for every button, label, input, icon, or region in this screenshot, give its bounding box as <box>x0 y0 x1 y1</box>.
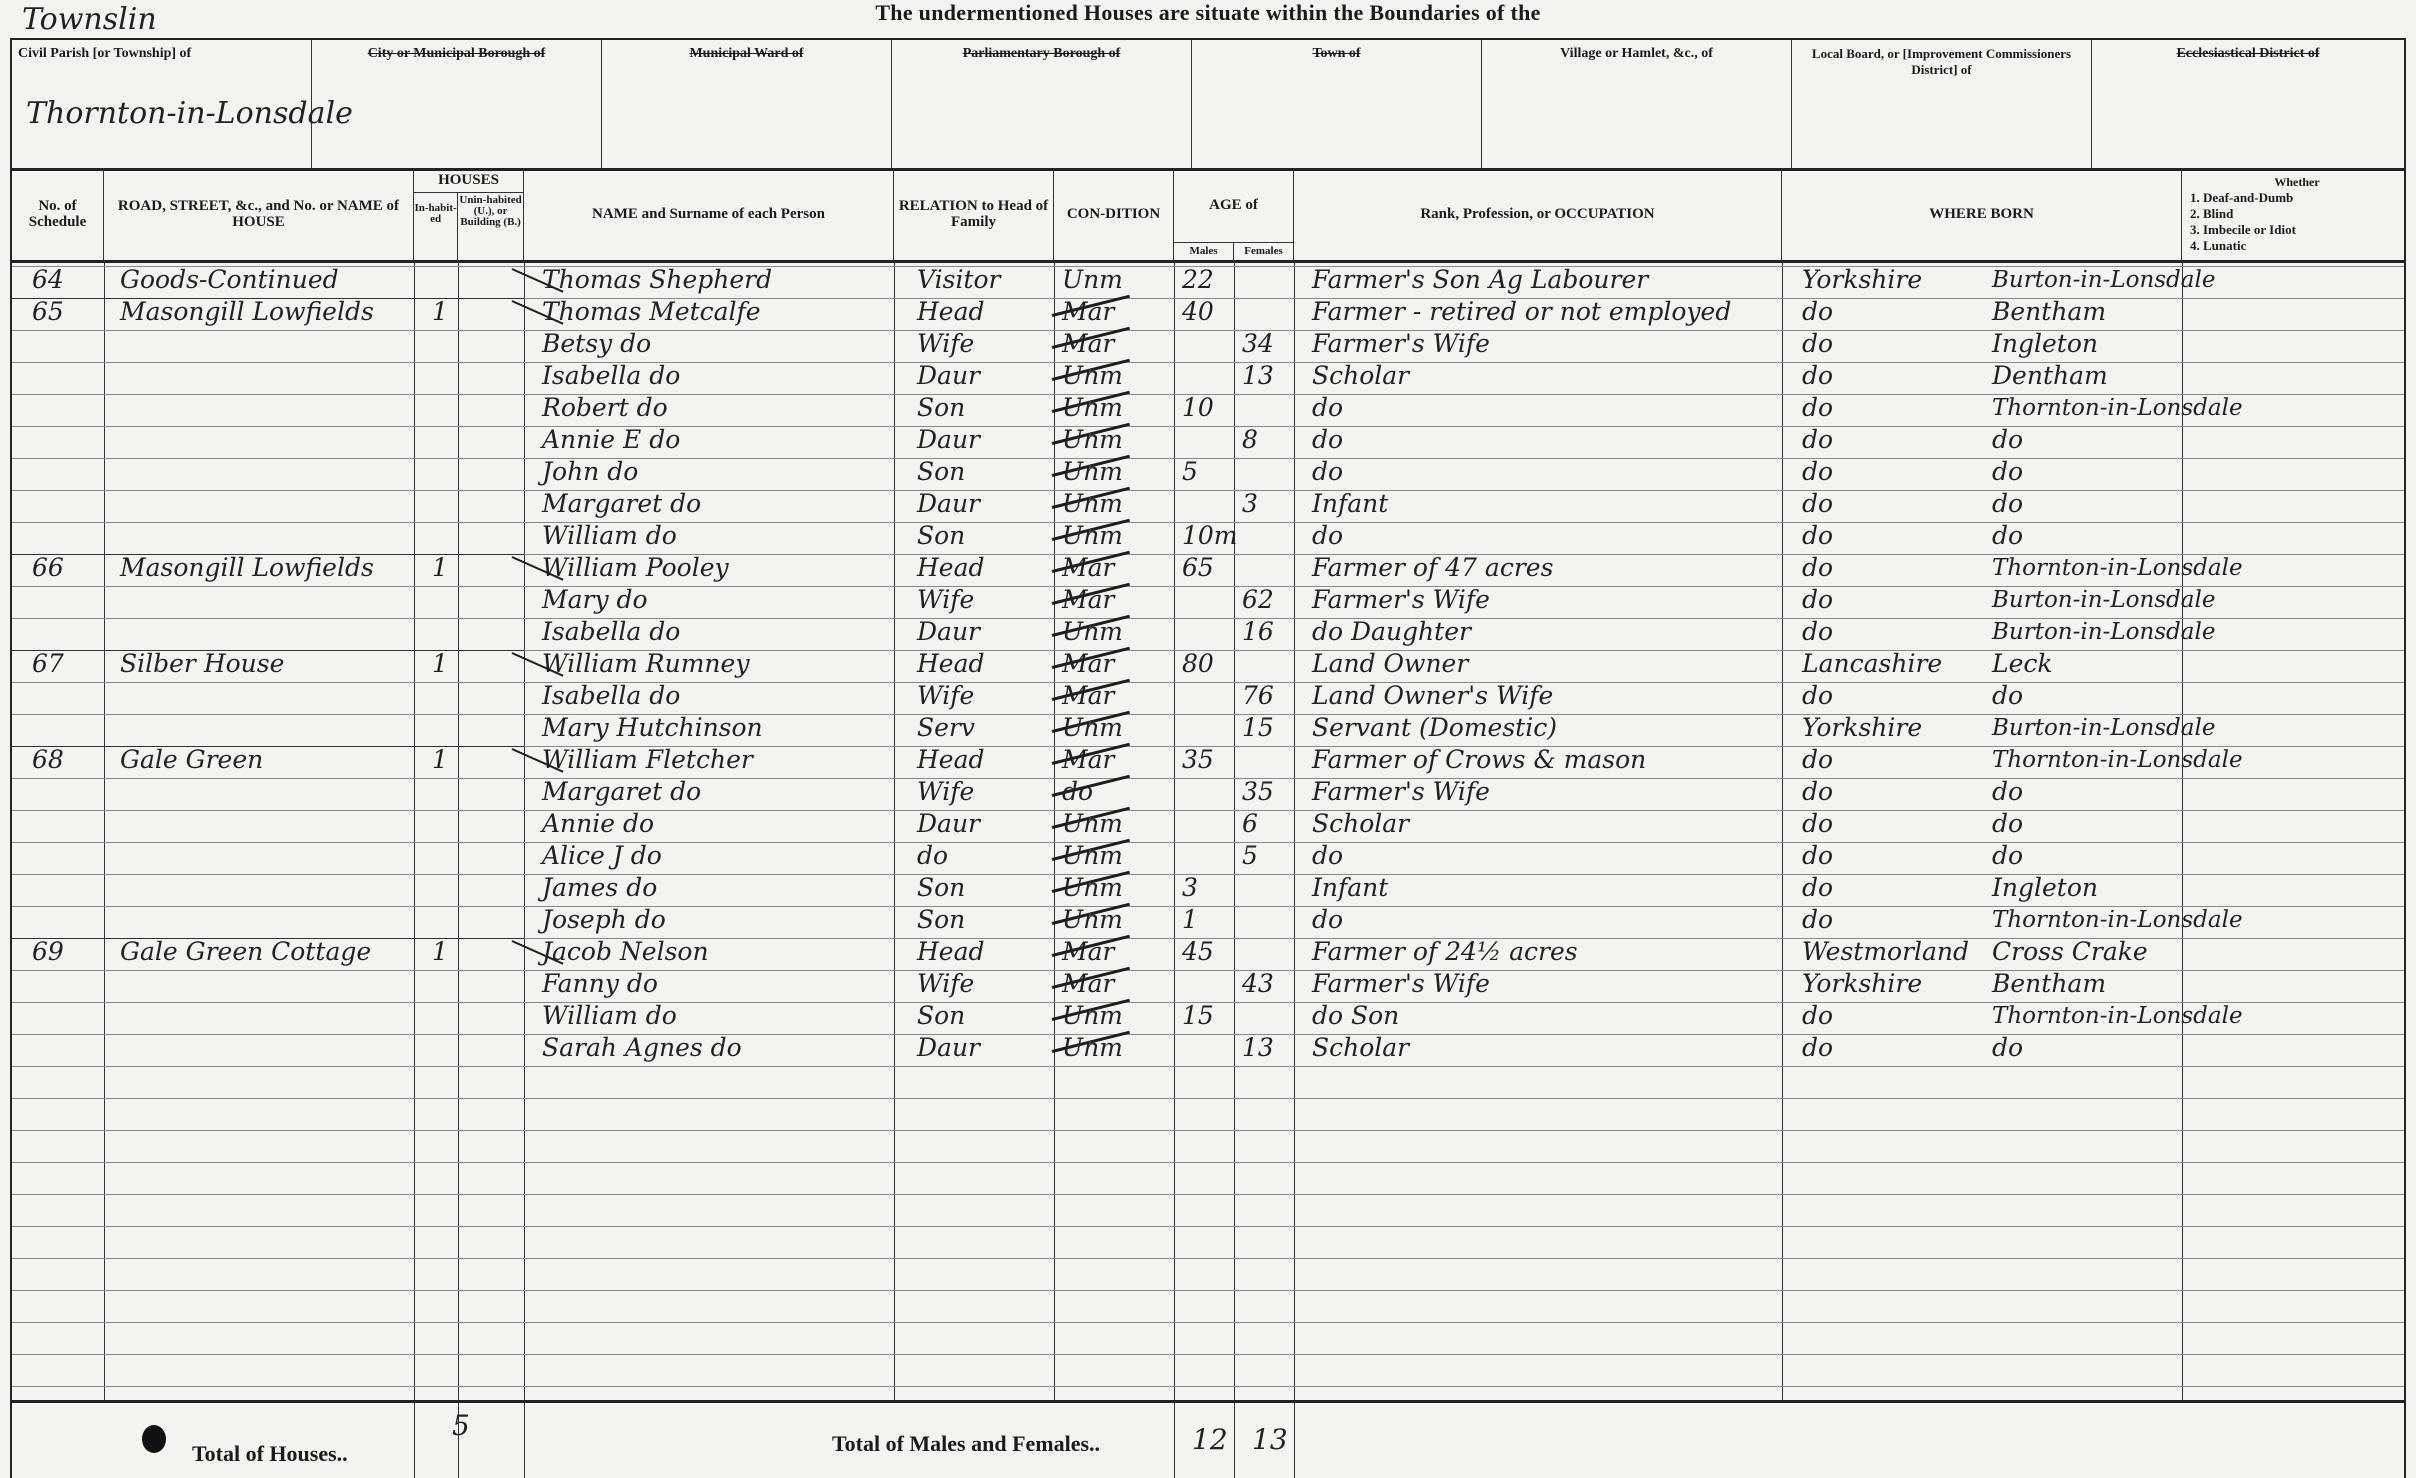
person-name: William Pooley <box>542 552 729 584</box>
female-age: 35 <box>1242 776 1274 808</box>
born-place: Burton-in-Lonsdale <box>1992 616 2215 648</box>
occupation: do Son <box>1312 1000 1399 1032</box>
row-rule <box>12 1386 2404 1387</box>
person-name: Fanny do <box>542 968 658 1000</box>
house-name: Masongill Lowfields <box>120 552 374 584</box>
person-name: Annie E do <box>542 424 680 456</box>
person-name: Thomas Shepherd <box>542 264 772 296</box>
person-name: William Rumney <box>542 648 749 680</box>
born-place: do <box>1992 680 2023 712</box>
person-name: Betsy do <box>542 328 651 360</box>
person-name: Robert do <box>542 392 668 424</box>
inhabited-count: 1 <box>432 648 448 680</box>
born-place: do <box>1992 520 2023 552</box>
person-name: Joseph do <box>542 904 666 936</box>
female-age: 3 <box>1242 488 1258 520</box>
relation: Head <box>917 552 985 584</box>
female-age: 5 <box>1242 840 1258 872</box>
person-name: James do <box>542 872 657 904</box>
born-place: do <box>1992 776 2023 808</box>
header-disability: Whether 1. Deaf-and-Dumb 2. Blind 3. Imb… <box>2182 168 2404 260</box>
person-name: Isabella do <box>542 616 680 648</box>
male-age: 15 <box>1182 1000 1214 1032</box>
boundary-ecclesiastical: Ecclesiastical District of <box>2092 40 2404 168</box>
schedule-number: 68 <box>32 744 64 776</box>
relation: Wife <box>917 584 974 616</box>
condition: Unm <box>1062 264 1123 296</box>
relation: Son <box>917 1000 965 1032</box>
born-place: do <box>1992 424 2023 456</box>
boundary-parliamentary-borough: Parliamentary Borough of <box>892 40 1192 168</box>
person-name: Thomas Metcalfe <box>542 296 761 328</box>
header-relation: RELATION to Head of Family <box>894 168 1054 260</box>
male-age: 80 <box>1182 648 1214 680</box>
header-condition: CON-DITION <box>1054 168 1174 260</box>
table-row: Sarah Agnes doDaurUnm13Scholardodo <box>12 1032 2404 1064</box>
born-county: do <box>1802 808 1833 840</box>
inhabited-count: 1 <box>432 296 448 328</box>
occupation: Farmer of 24½ acres <box>1312 936 1578 968</box>
born-county: do <box>1802 456 1833 488</box>
born-county: do <box>1802 872 1833 904</box>
relation: Son <box>917 872 965 904</box>
person-name: Mary Hutchinson <box>542 712 763 744</box>
male-age: 10 <box>1182 392 1214 424</box>
table-row: William doSonUnm10mdododo <box>12 520 2404 552</box>
male-age: 1 <box>1182 904 1198 936</box>
born-county: do <box>1802 584 1833 616</box>
relation: Head <box>917 296 985 328</box>
female-age: 43 <box>1242 968 1274 1000</box>
occupation: do <box>1312 456 1343 488</box>
occupation: do Daughter <box>1312 616 1471 648</box>
female-age: 76 <box>1242 680 1274 712</box>
born-county: do <box>1802 488 1833 520</box>
row-rule <box>12 1226 2404 1227</box>
born-place: Cross Crake <box>1992 936 2148 968</box>
household-divider <box>12 298 524 299</box>
relation: Serv <box>917 712 975 744</box>
table-row: 66Masongill Lowfields1William PooleyHead… <box>12 552 2404 584</box>
female-age: 13 <box>1242 360 1274 392</box>
person-name: William do <box>542 1000 677 1032</box>
total-houses-label: Total of Houses.. <box>192 1441 348 1467</box>
schedule-number: 64 <box>32 264 64 296</box>
relation: Head <box>917 744 985 776</box>
born-place: Burton-in-Lonsdale <box>1992 264 2215 296</box>
table-row: 64Goods-ContinuedThomas ShepherdVisitorU… <box>12 264 2404 296</box>
table-row: Annie E doDaurUnm8dododo <box>12 424 2404 456</box>
occupation: Farmer of Crows & mason <box>1312 744 1646 776</box>
row-rule <box>12 1098 2404 1099</box>
born-place: Thornton-in-Lonsdale <box>1992 744 2243 776</box>
schedule-number: 67 <box>32 648 64 680</box>
header-name: NAME and Surname of each Person <box>524 168 894 260</box>
inhabited-count: 1 <box>432 744 448 776</box>
header-males: Males <box>1174 243 1234 260</box>
born-place: do <box>1992 488 2023 520</box>
table-row: William doSonUnm15do SondoThornton-in-Lo… <box>12 1000 2404 1032</box>
born-county: Yorkshire <box>1802 264 1922 296</box>
boundary-civil-parish: Civil Parish [or Township] of Thornton-i… <box>12 40 312 168</box>
table-row: 69Gale Green Cottage1Jacob NelsonHeadMar… <box>12 936 2404 968</box>
born-county: do <box>1802 392 1833 424</box>
born-county: do <box>1802 744 1833 776</box>
boundary-village: Village or Hamlet, &c., of <box>1482 40 1792 168</box>
occupation: Scholar <box>1312 808 1409 840</box>
born-county: Lancashire <box>1802 648 1942 680</box>
occupation: Servant (Domestic) <box>1312 712 1557 744</box>
male-age: 65 <box>1182 552 1214 584</box>
born-place: Thornton-in-Lonsdale <box>1992 904 2243 936</box>
person-name: Isabella do <box>542 360 680 392</box>
born-county: do <box>1802 776 1833 808</box>
column-headers: No. of Schedule ROAD, STREET, &c., and N… <box>10 168 2406 263</box>
totals-row: Total of Houses.. 5 Total of Males and F… <box>10 1400 2406 1478</box>
male-age: 5 <box>1182 456 1198 488</box>
boundary-municipal-borough: City or Municipal Borough of <box>312 40 602 168</box>
occupation: Infant <box>1312 488 1388 520</box>
house-name: Gale Green <box>120 744 263 776</box>
occupation: do <box>1312 840 1343 872</box>
row-rule <box>12 1322 2404 1323</box>
occupation: Scholar <box>1312 360 1409 392</box>
born-county: Westmorland <box>1802 936 1969 968</box>
born-county: do <box>1802 424 1833 456</box>
occupation: Land Owner's Wife <box>1312 680 1553 712</box>
header-inhabited: In-habit-ed <box>414 193 458 260</box>
house-name: Silber House <box>120 648 284 680</box>
person-name: William do <box>542 520 677 552</box>
occupation: Farmer's Wife <box>1312 776 1490 808</box>
relation: Wife <box>917 968 974 1000</box>
born-county: do <box>1802 904 1833 936</box>
born-place: Bentham <box>1992 968 2106 1000</box>
household-divider <box>12 746 524 747</box>
female-age: 13 <box>1242 1032 1274 1064</box>
house-name: Gale Green Cottage <box>120 936 371 968</box>
inhabited-count: 1 <box>432 552 448 584</box>
relation: Visitor <box>917 264 1000 296</box>
relation: Daur <box>917 1032 980 1064</box>
table-row: Joseph doSonUnm1dodoThornton-in-Lonsdale <box>12 904 2404 936</box>
relation: Wife <box>917 680 974 712</box>
relation: Head <box>917 936 985 968</box>
household-divider <box>12 650 524 651</box>
born-county: do <box>1802 552 1833 584</box>
total-males-value: 12 <box>1192 1423 1228 1456</box>
relation: do <box>917 840 948 872</box>
occupation: Scholar <box>1312 1032 1409 1064</box>
row-rule <box>12 1066 2404 1067</box>
male-age: 22 <box>1182 264 1214 296</box>
relation: Son <box>917 456 965 488</box>
relation: Daur <box>917 488 980 520</box>
born-place: Leck <box>1992 648 2053 680</box>
schedule-number: 69 <box>32 936 64 968</box>
header-age: AGE of Males Females <box>1174 168 1294 260</box>
table-row: Annie doDaurUnm6Scholardodo <box>12 808 2404 840</box>
relation: Wife <box>917 776 974 808</box>
relation: Daur <box>917 424 980 456</box>
civil-parish-value: Thornton-in-Lonsdale <box>26 96 353 131</box>
born-county: do <box>1802 520 1833 552</box>
born-place: Ingleton <box>1992 328 2098 360</box>
person-name: Jacob Nelson <box>542 936 709 968</box>
born-place: Thornton-in-Lonsdale <box>1992 1000 2243 1032</box>
born-county: Yorkshire <box>1802 712 1922 744</box>
person-name: John do <box>542 456 638 488</box>
person-name: Margaret do <box>542 776 701 808</box>
table-row: 67Silber House1William RumneyHeadMar80La… <box>12 648 2404 680</box>
born-place: Thornton-in-Lonsdale <box>1992 392 2243 424</box>
occupation: Farmer's Son Ag Labourer <box>1312 264 1648 296</box>
born-place: Dentham <box>1992 360 2108 392</box>
census-ledger: 64Goods-ContinuedThomas ShepherdVisitorU… <box>10 260 2406 1400</box>
person-name: Isabella do <box>542 680 680 712</box>
table-row: John doSonUnm5dododo <box>12 456 2404 488</box>
table-row: Mary doWifeMar62Farmer's WifedoBurton-in… <box>12 584 2404 616</box>
table-row: Robert doSonUnm10dodoThornton-in-Lonsdal… <box>12 392 2404 424</box>
header-uninhabited: Unin-habited (U.), or Building (B.) <box>458 193 523 260</box>
household-divider <box>12 938 524 939</box>
occupation: Farmer - retired or not employed <box>1312 296 1731 328</box>
relation: Wife <box>917 328 974 360</box>
born-county: do <box>1802 296 1833 328</box>
occupation: do <box>1312 392 1343 424</box>
female-age: 16 <box>1242 616 1274 648</box>
born-county: Yorkshire <box>1802 968 1922 1000</box>
born-county: do <box>1802 680 1833 712</box>
page-title: The undermentioned Houses are situate wi… <box>0 0 2416 26</box>
person-name: Mary do <box>542 584 648 616</box>
born-county: do <box>1802 1032 1833 1064</box>
table-row: James doSonUnm3InfantdoIngleton <box>12 872 2404 904</box>
occupation: Land Owner <box>1312 648 1468 680</box>
table-row: 68Gale Green1William FletcherHeadMar35Fa… <box>12 744 2404 776</box>
occupation: Farmer's Wife <box>1312 328 1490 360</box>
header-occupation: Rank, Profession, or OCCUPATION <box>1294 168 1782 260</box>
occupation: Farmer of 47 acres <box>1312 552 1553 584</box>
table-row: Fanny doWifeMar43Farmer's WifeYorkshireB… <box>12 968 2404 1000</box>
occupation: Infant <box>1312 872 1388 904</box>
header-houses: HOUSES In-habit-ed Unin-habited (U.), or… <box>414 168 524 260</box>
header-where-born: WHERE BORN <box>1782 168 2182 260</box>
relation: Daur <box>917 808 980 840</box>
born-place: Burton-in-Lonsdale <box>1992 584 2215 616</box>
row-rule <box>12 1290 2404 1291</box>
female-age: 62 <box>1242 584 1274 616</box>
male-age: 3 <box>1182 872 1198 904</box>
table-row: Mary HutchinsonServUnm15Servant (Domesti… <box>12 712 2404 744</box>
row-rule <box>12 1162 2404 1163</box>
relation: Head <box>917 648 985 680</box>
born-county: do <box>1802 616 1833 648</box>
occupation: do <box>1312 424 1343 456</box>
born-county: do <box>1802 328 1833 360</box>
born-county: do <box>1802 360 1833 392</box>
table-row: Isabella doDaurUnm16do DaughterdoBurton-… <box>12 616 2404 648</box>
born-place: Burton-in-Lonsdale <box>1992 712 2215 744</box>
born-place: Thornton-in-Lonsdale <box>1992 552 2243 584</box>
header-females: Females <box>1234 243 1293 260</box>
male-age: 40 <box>1182 296 1214 328</box>
occupation: Farmer's Wife <box>1312 968 1490 1000</box>
table-row: Betsy doWifeMar34Farmer's WifedoIngleton <box>12 328 2404 360</box>
relation: Son <box>917 392 965 424</box>
person-name: Annie do <box>542 808 654 840</box>
occupation: do <box>1312 520 1343 552</box>
born-place: Ingleton <box>1992 872 2098 904</box>
born-place: do <box>1992 808 2023 840</box>
occupation: do <box>1312 904 1343 936</box>
relation: Daur <box>917 360 980 392</box>
occupation: Farmer's Wife <box>1312 584 1490 616</box>
female-age: 34 <box>1242 328 1274 360</box>
house-name: Masongill Lowfields <box>120 296 374 328</box>
total-persons-label: Total of Males and Females.. <box>832 1431 1100 1457</box>
male-age: 35 <box>1182 744 1214 776</box>
relation: Son <box>917 904 965 936</box>
boundary-town: Town of <box>1192 40 1482 168</box>
table-row: Margaret doDaurUnm3Infantdodo <box>12 488 2404 520</box>
born-place: do <box>1992 1032 2023 1064</box>
born-county: do <box>1802 840 1833 872</box>
total-females-value: 13 <box>1252 1423 1288 1456</box>
table-row: Isabella doDaurUnm13ScholardoDentham <box>12 360 2404 392</box>
born-place: Bentham <box>1992 296 2106 328</box>
table-row: 65Masongill Lowfields1Thomas MetcalfeHea… <box>12 296 2404 328</box>
ink-blot <box>142 1425 166 1453</box>
household-divider <box>12 554 524 555</box>
boundary-local-board: Local Board, or [Improvement Commissione… <box>1792 40 2092 168</box>
corner-note: Townslin <box>22 2 157 37</box>
female-age: 8 <box>1242 424 1258 456</box>
person-name: Margaret do <box>542 488 701 520</box>
row-rule <box>12 1194 2404 1195</box>
female-age: 6 <box>1242 808 1258 840</box>
boundary-municipal-ward: Municipal Ward of <box>602 40 892 168</box>
row-rule <box>12 1130 2404 1131</box>
relation: Daur <box>917 616 980 648</box>
table-row: Alice J dodoUnm5dododo <box>12 840 2404 872</box>
table-row: Margaret doWifedo35Farmer's Wifedodo <box>12 776 2404 808</box>
person-name: Sarah Agnes do <box>542 1032 742 1064</box>
row-rule <box>12 1258 2404 1259</box>
total-houses-value: 5 <box>452 1409 470 1442</box>
relation: Son <box>917 520 965 552</box>
born-place: do <box>1992 840 2023 872</box>
person-name: Alice J do <box>542 840 662 872</box>
boundaries-strip: Civil Parish [or Township] of Thornton-i… <box>10 38 2406 171</box>
table-row: Isabella doWifeMar76Land Owner's Wifedod… <box>12 680 2404 712</box>
born-place: do <box>1992 456 2023 488</box>
header-schedule: No. of Schedule <box>12 168 104 260</box>
row-rule <box>12 1354 2404 1355</box>
female-age: 15 <box>1242 712 1274 744</box>
schedule-number: 65 <box>32 296 64 328</box>
house-name: Goods-Continued <box>120 264 339 296</box>
born-county: do <box>1802 1000 1833 1032</box>
schedule-number: 66 <box>32 552 64 584</box>
header-road: ROAD, STREET, &c., and No. or NAME of HO… <box>104 168 414 260</box>
person-name: William Fletcher <box>542 744 753 776</box>
male-age: 10m <box>1182 520 1238 552</box>
male-age: 45 <box>1182 936 1214 968</box>
inhabited-count: 1 <box>432 936 448 968</box>
